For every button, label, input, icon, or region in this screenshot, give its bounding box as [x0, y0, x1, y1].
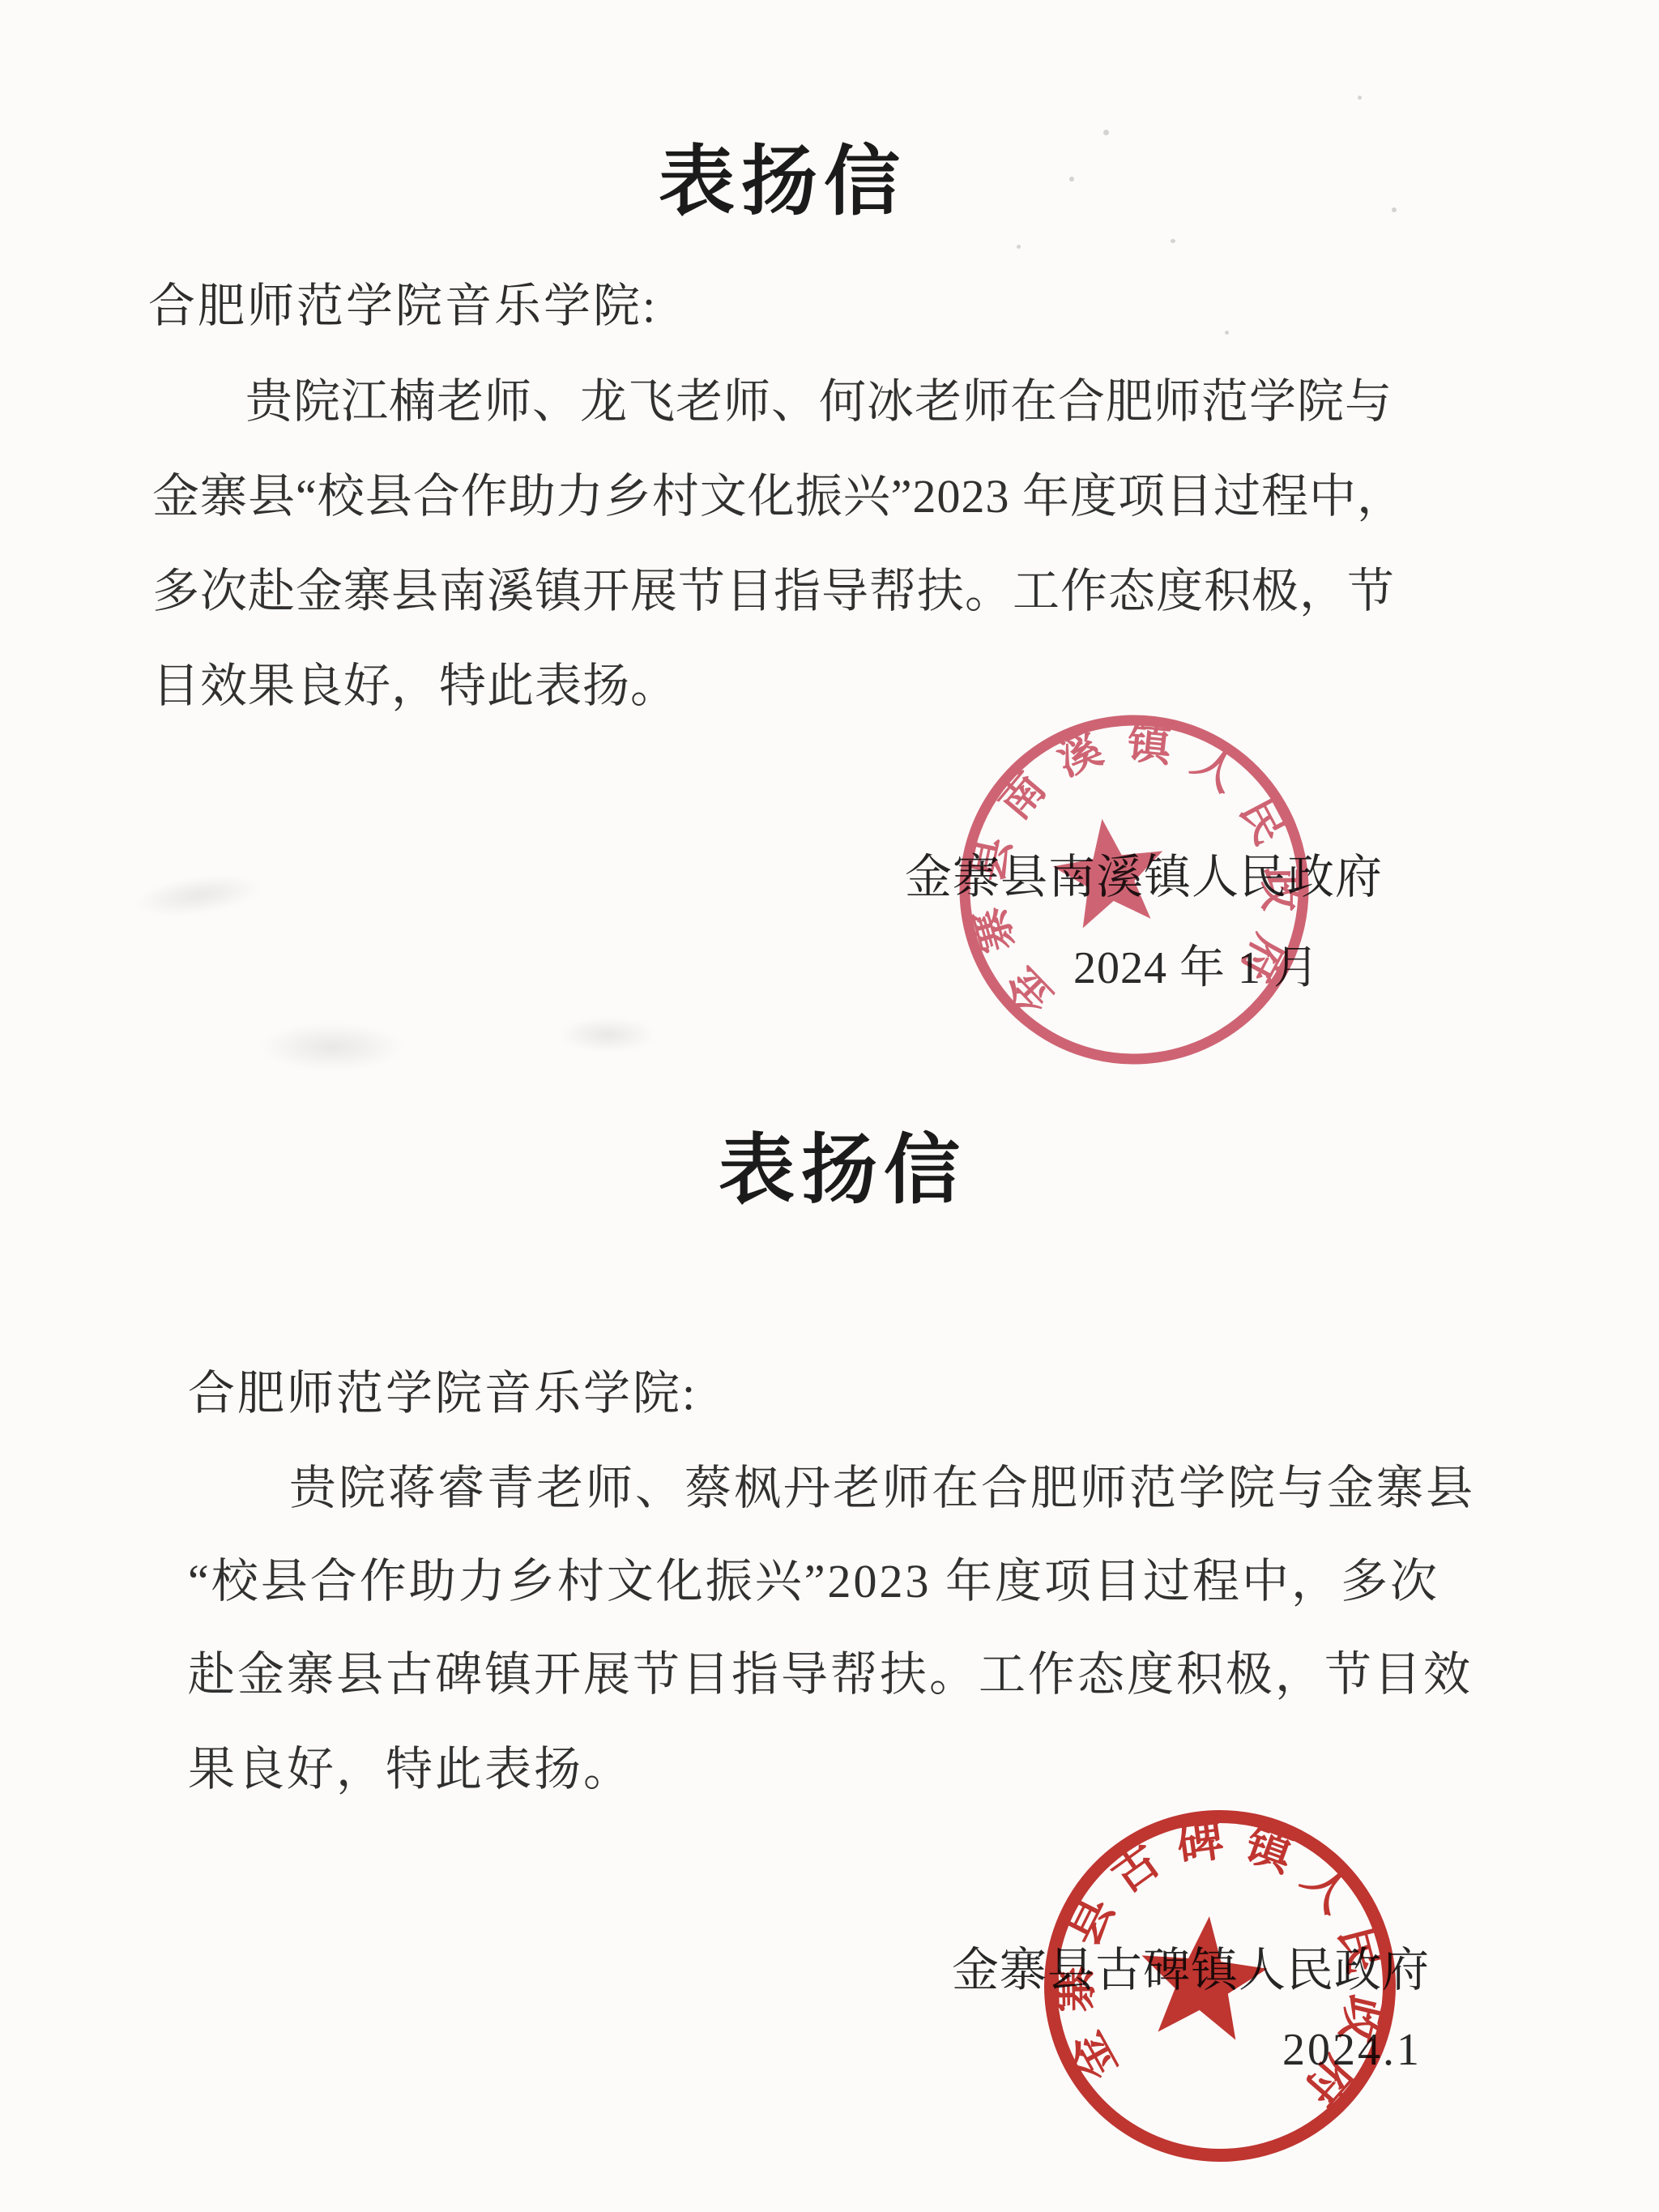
svg-text:碑: 碑: [1174, 1814, 1226, 1871]
letter-1-date: 2024 年 1 月: [1073, 932, 1320, 997]
letter-1-signature: 金寨县南溪镇人民政府: [905, 839, 1383, 907]
letter-2-body-line: 赴金寨县古碑镇开展节目指导帮扶。工作态度积极，节目效: [188, 1636, 1473, 1704]
letter-2-body-line: 贵院蒋睿青老师、蔡枫丹老师在合肥师范学院与金寨县: [289, 1450, 1475, 1518]
letter-2-body-line: “校县合作助力乡村文化振兴”2023 年度项目过程中，多次: [188, 1543, 1439, 1611]
svg-text:金: 金: [996, 959, 1062, 1024]
scan-smudge: [132, 868, 266, 923]
scan-speck: [1225, 331, 1229, 335]
letter-2-title-text: 表扬信: [719, 1108, 966, 1218]
svg-text:人: 人: [1183, 737, 1247, 801]
svg-text:南: 南: [990, 763, 1056, 828]
svg-text:溪: 溪: [1050, 724, 1109, 785]
letter-1-title: 表扬信: [0, 120, 1659, 229]
scan-speck: [1358, 96, 1362, 100]
letter-2-date: 2024.1: [1282, 2024, 1422, 2076]
scan-speck: [1069, 177, 1074, 181]
letter-2-title: 表扬信: [0, 1108, 1659, 1218]
letter-1-body-line: 贵院江楠老师、龙飞老师、何冰老师在合肥师范学院与: [245, 363, 1392, 431]
scan-speck: [1017, 245, 1021, 249]
letter-2-body-line: 果良好，特此表扬。: [188, 1731, 633, 1799]
letter-2-greeting: 合肥师范学院音乐学院:: [188, 1355, 697, 1423]
svg-text:金: 金: [1060, 2023, 1128, 2088]
svg-text:镇: 镇: [1125, 718, 1176, 771]
letter-1-body-line: 多次赴金寨县南溪镇开展节目指导帮扶。工作态度积极，节: [152, 553, 1395, 621]
scan-speck: [1392, 207, 1397, 212]
letter-1-body-line: 金寨县“校县合作助力乡村文化振兴”2023 年度项目过程中，: [152, 458, 1405, 526]
letter-1-title-text: 表扬信: [659, 120, 906, 229]
svg-text:寨: 寨: [965, 902, 1024, 957]
svg-text:古: 古: [1102, 1834, 1169, 1902]
letter-1-greeting: 合肥师范学院音乐学院:: [148, 267, 658, 335]
scan-smudge: [259, 1023, 405, 1071]
letter-1-body-line: 目效果良好，特此表扬。: [152, 647, 678, 715]
scan-smudge: [559, 1017, 656, 1053]
scanned-document-page: 表扬信 合肥师范学院音乐学院: 贵院江楠老师、龙飞老师、何冰老师在合肥师范学院与…: [0, 0, 1659, 2212]
svg-text:人: 人: [1292, 1855, 1361, 1924]
scan-speck: [1171, 239, 1175, 243]
letter-2-signature: 金寨县古碑镇人民政府: [952, 1932, 1430, 2000]
scan-speck: [1103, 130, 1109, 135]
svg-text:镇: 镇: [1239, 1818, 1303, 1883]
